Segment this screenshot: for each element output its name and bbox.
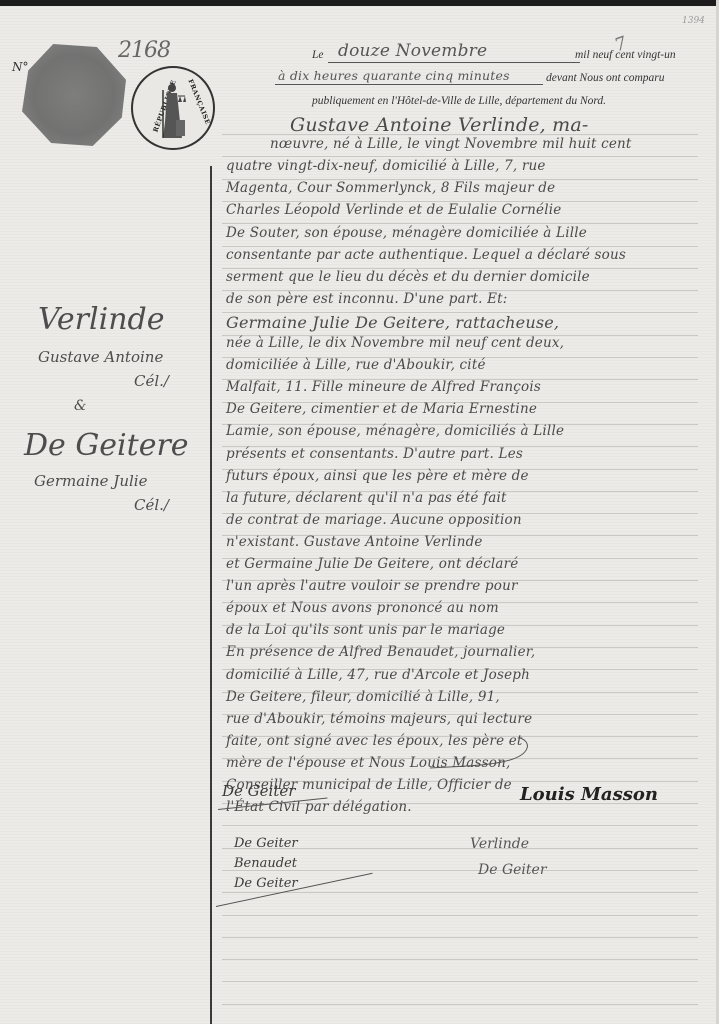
margin-rule [210,166,212,1024]
act-text-line: Charles Léopold Verlinde et de Eulalie C… [226,202,561,218]
act-text-line: n'existant. Gustave Antoine Verlinde [226,534,483,550]
ruled-line [222,892,698,893]
act-text-line: et Germaine Julie De Geitere, ont déclar… [226,556,518,572]
act-text-line: Malfait, 11. Fille mineure de Alfred Fra… [226,379,541,395]
margin-groom-given: Gustave Antoine [38,348,163,366]
act-text-line: la future, déclarent qu'il n'a pas été f… [226,490,507,506]
margin-bride-surname: De Geitere [24,428,189,463]
margin-groom-surname: Verlinde [38,302,164,337]
signature-de-geiter-1: De Geiter [222,782,295,800]
ruled-line [222,1004,698,1005]
act-text-line: quatre vingt-dix-neuf, domicilié à Lille… [226,158,546,174]
signature-groom: Verlinde [470,836,529,852]
act-text-line: Germaine Julie De Geitere, rattacheuse, [226,313,559,332]
act-text-line: En présence de Alfred Benaudet, journali… [226,644,535,660]
time-underline [275,84,543,85]
filled-time: à dix heures quarante cinq minutes [278,68,510,83]
act-text-line: Gustave Antoine Verlinde, ma- [290,114,589,136]
act-text-line: domiciliée à Lille, rue d'Aboukir, cité [226,357,486,373]
act-text-line: consentante par acte authentique. Lequel… [226,247,626,263]
municipal-stamp-icon [22,44,126,146]
signature-de-geiter-3: De Geiter [234,876,298,891]
printed-location: publiquement en l'Hôtel-de-Ville de Lill… [312,95,606,107]
ruled-line [222,937,698,938]
ruled-line [222,959,698,960]
closing-flourish [420,734,540,770]
act-text-line: De Geitere, cimentier et de Maria Ernest… [226,401,537,417]
margin-groom-cel: Cél./ [134,372,169,390]
ruled-line [222,915,698,916]
act-text-line: futurs époux, ainsi que les père et mère… [226,468,529,484]
act-text-line: née à Lille, le dix Novembre mil neuf ce… [226,335,564,351]
signature-de-geiter-2: De Geiter [234,836,298,851]
act-text-line: nœuvre, né à Lille, le vingt Novembre mi… [270,136,632,152]
act-text-line: époux et Nous avons prononcé au nom [226,600,499,616]
signature-officer: Louis Masson [520,784,658,805]
date-underline [328,62,580,63]
ruled-line [222,981,698,982]
act-text-line: de la Loi qu'ils sont unis par le mariag… [226,622,505,638]
register-number: 2168 [118,38,170,63]
ruled-line [222,825,698,826]
number-label: N° [12,60,29,74]
marianne-figure-icon [160,82,186,140]
signature-bride: De Geiter [478,862,547,878]
printed-year: mil neuf cent vingt-un [575,49,676,61]
act-text-line: l'un après l'autre vouloir se prendre po… [226,578,518,594]
act-text-line: serment que le lieu du décès et du derni… [226,269,590,285]
act-text-line: Magenta, Cour Sommerlynck, 8 Fils majeur… [226,180,555,196]
signature-benaudet: Benaudet [234,856,297,871]
act-text-line: Lamie, son épouse, ménagère, domiciliés … [226,423,564,439]
printed-appeared: devant Nous ont comparu [546,72,665,84]
filled-date: douze Novembre [338,41,487,61]
ruled-line [222,156,698,157]
act-text-line: l'État Civil par délégation. [226,799,412,815]
act-text-line: domicilié à Lille, 47, rue d'Arcole et J… [226,667,530,683]
seal-text-right: FRANÇAISE [186,78,212,126]
margin-ampersand: & [74,398,86,414]
act-text-line: De Geitere, fileur, domicilié à Lille, 9… [226,689,500,705]
act-text-line: présents et consentants. D'autre part. L… [226,446,523,462]
folio-number: 1394 [682,16,705,26]
act-text-line: rue d'Aboukir, témoins majeurs, qui lect… [226,711,532,727]
act-text-line: de contrat de mariage. Aucune opposition [226,512,522,528]
printed-le: Le [312,49,324,61]
act-text-line: de son père est inconnu. D'une part. Et: [226,291,508,307]
republique-francaise-seal-icon: RÉPUBLIQUE FRANÇAISE [131,66,215,150]
margin-bride-given: Germaine Julie [34,472,147,490]
act-text-line: De Souter, son épouse, ménagère domicili… [226,225,587,241]
civil-register-page: N° 2168 RÉPUBLIQUE FRANÇAISE 1394 7 Le d… [0,6,716,1024]
margin-bride-cel: Cél./ [134,496,169,514]
